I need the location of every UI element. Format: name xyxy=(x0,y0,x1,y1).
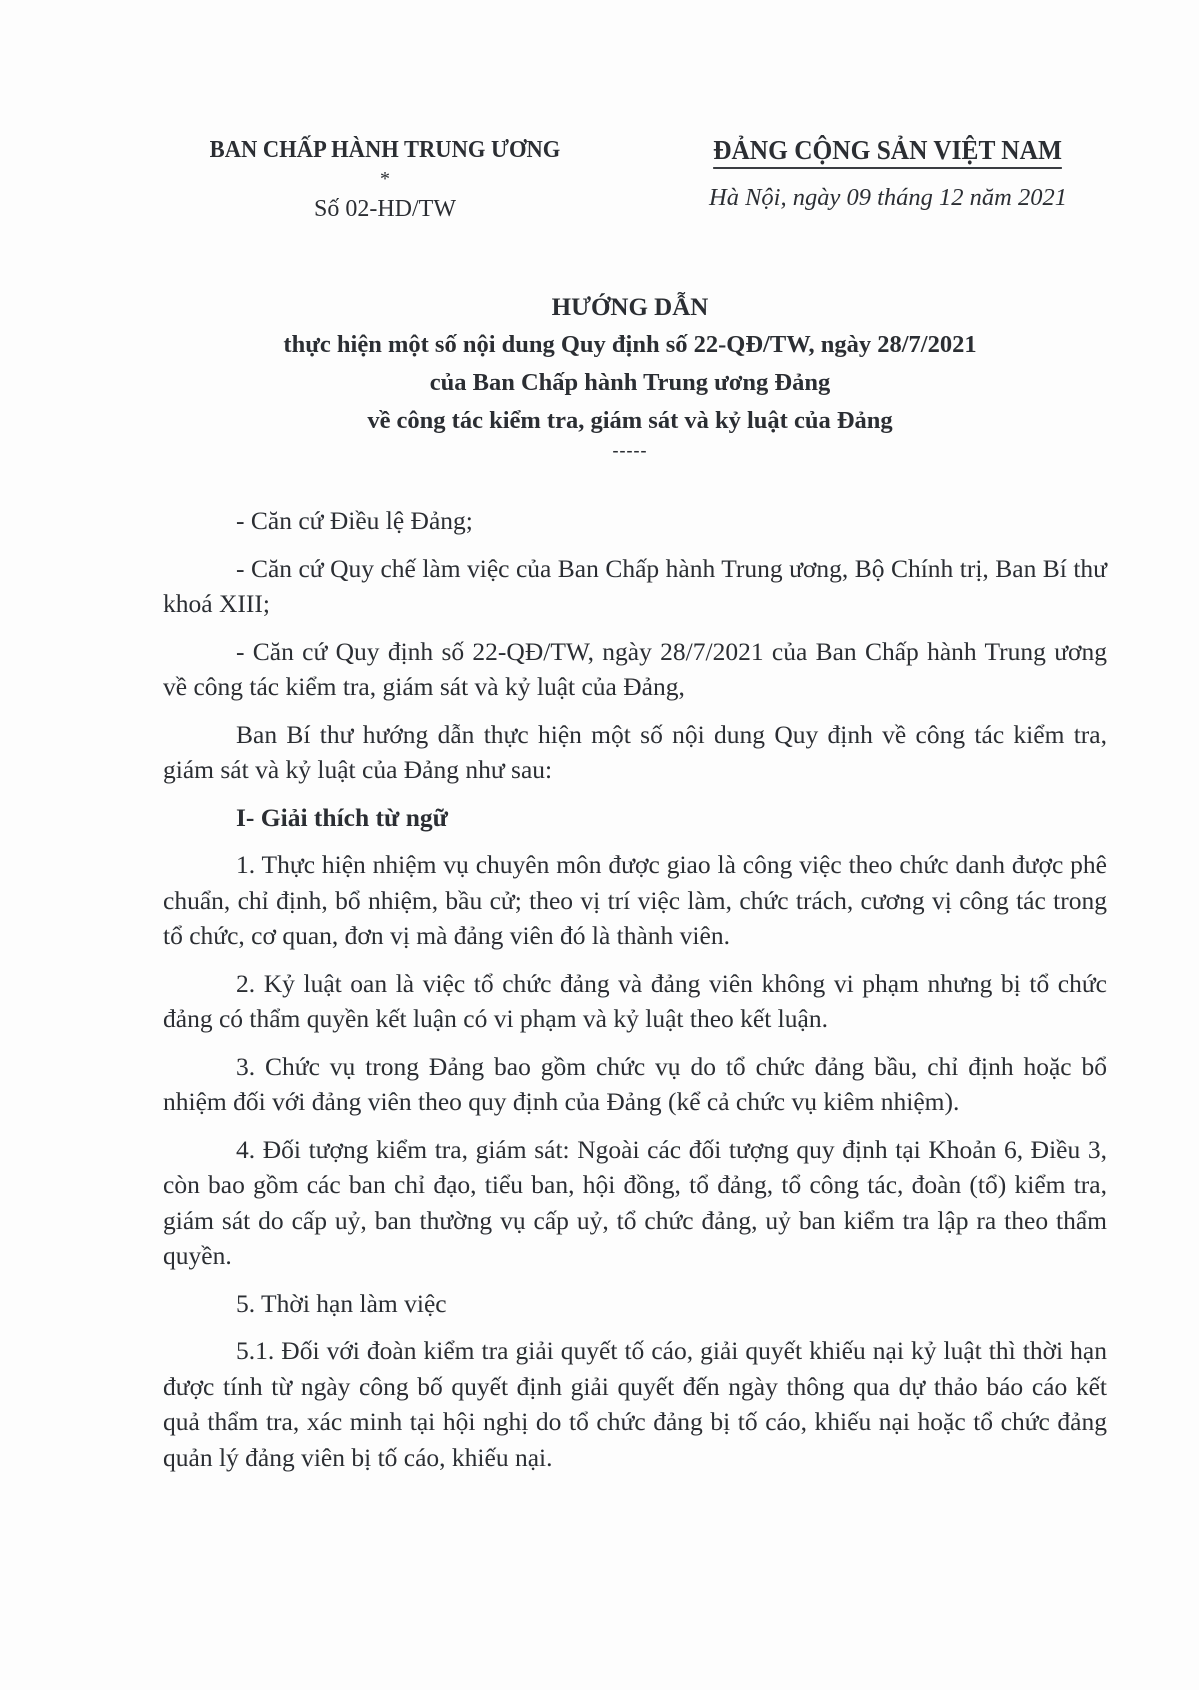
document-number: Số 02-HD/TW xyxy=(150,194,620,224)
intro-paragraph: Ban Bí thư hướng dẫn thực hiện một số nộ… xyxy=(163,717,1107,788)
definition-item: 4. Đối tượng kiểm tra, giám sát: Ngoài c… xyxy=(163,1132,1107,1274)
subtitle-line: về công tác kiểm tra, giám sát và kỷ luậ… xyxy=(160,402,1100,440)
basis-paragraph: - Căn cứ Quy định số 22-QĐ/TW, ngày 28/7… xyxy=(163,634,1107,705)
document-body: - Căn cứ Điều lệ Đảng; - Căn cứ Quy chế … xyxy=(163,503,1107,1487)
basis-paragraph: - Căn cứ Quy chế làm việc của Ban Chấp h… xyxy=(163,551,1107,622)
definition-item: 2. Kỷ luật oan là việc tổ chức đảng và đ… xyxy=(163,966,1107,1037)
basis-paragraph: - Căn cứ Điều lệ Đảng; xyxy=(163,503,1107,539)
header-issuer-block: BAN CHẤP HÀNH TRUNG ƯƠNG * Số 02-HD/TW xyxy=(150,134,620,224)
document-title: HƯỚNG DẪN xyxy=(160,290,1100,326)
header-party-block: ĐẢNG CỘNG SẢN VIỆT NAM Hà Nội, ngày 09 t… xyxy=(668,134,1108,213)
party-name: ĐẢNG CỘNG SẢN VIỆT NAM xyxy=(714,134,1063,169)
issuer-name: BAN CHẤP HÀNH TRUNG ƯƠNG xyxy=(169,134,601,166)
subtitle-line: của Ban Chấp hành Trung ương Đảng xyxy=(160,364,1100,402)
definition-item: 3. Chức vụ trong Đảng bao gồm chức vụ do… xyxy=(163,1049,1107,1120)
definition-item: 5. Thời hạn làm việc xyxy=(163,1286,1107,1322)
definition-item: 1. Thực hiện nhiệm vụ chuyên môn được gi… xyxy=(163,847,1107,954)
section-heading: I- Giải thích từ ngữ xyxy=(163,800,1107,836)
title-separator: ----- xyxy=(160,440,1100,460)
subtitle-line: thực hiện một số nội dung Quy định số 22… xyxy=(160,326,1100,364)
document-page: BAN CHẤP HÀNH TRUNG ƯƠNG * Số 02-HD/TW Đ… xyxy=(0,0,1199,1690)
title-block: HƯỚNG DẪN thực hiện một số nội dung Quy … xyxy=(160,290,1100,460)
place-date: Hà Nội, ngày 09 tháng 12 năm 2021 xyxy=(668,183,1108,213)
star-mark: * xyxy=(150,170,620,188)
definition-item: 5.1. Đối với đoàn kiểm tra giải quyết tố… xyxy=(163,1333,1107,1475)
